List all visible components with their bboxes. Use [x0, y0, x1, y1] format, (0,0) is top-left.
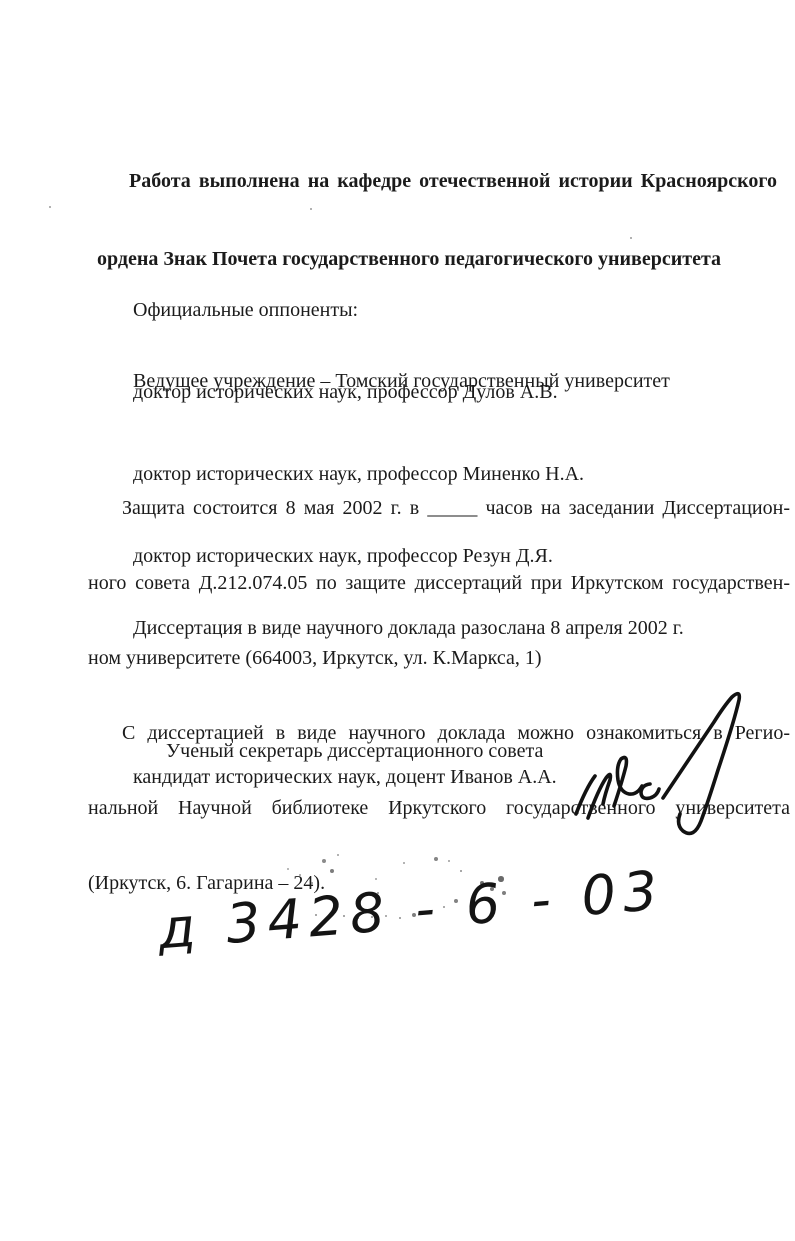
header-line: Работа выполнена на кафедре отечественно… — [97, 168, 777, 194]
scanned-document-page: Работа выполнена на кафедре отечественно… — [0, 0, 795, 1241]
leading-institution-line: Ведущее учреждение – Томский государстве… — [133, 368, 773, 394]
defense-line: ного совета Д.212.074.05 по защите диссе… — [88, 571, 790, 596]
signature — [568, 688, 773, 853]
opponents-label: Официальные оппоненты: — [133, 297, 693, 323]
signature-scribble — [568, 688, 773, 853]
scan-speck — [49, 206, 51, 208]
secretary-line: кандидат исторических наук, доцент Ивано… — [133, 764, 603, 790]
stamp-speckles — [285, 848, 287, 850]
defense-line: ном университете (664003, Иркутск, ул. К… — [88, 646, 790, 671]
secretary-block: Ученый секретарь диссертационного совета… — [133, 738, 603, 790]
secretary-line: Ученый секретарь диссертационного совета — [133, 738, 603, 764]
mailed-date-line: Диссертация в виде научного доклада разо… — [133, 615, 773, 641]
defense-line: Защита состоится 8 мая 2002 г. в _____ ч… — [88, 496, 790, 521]
